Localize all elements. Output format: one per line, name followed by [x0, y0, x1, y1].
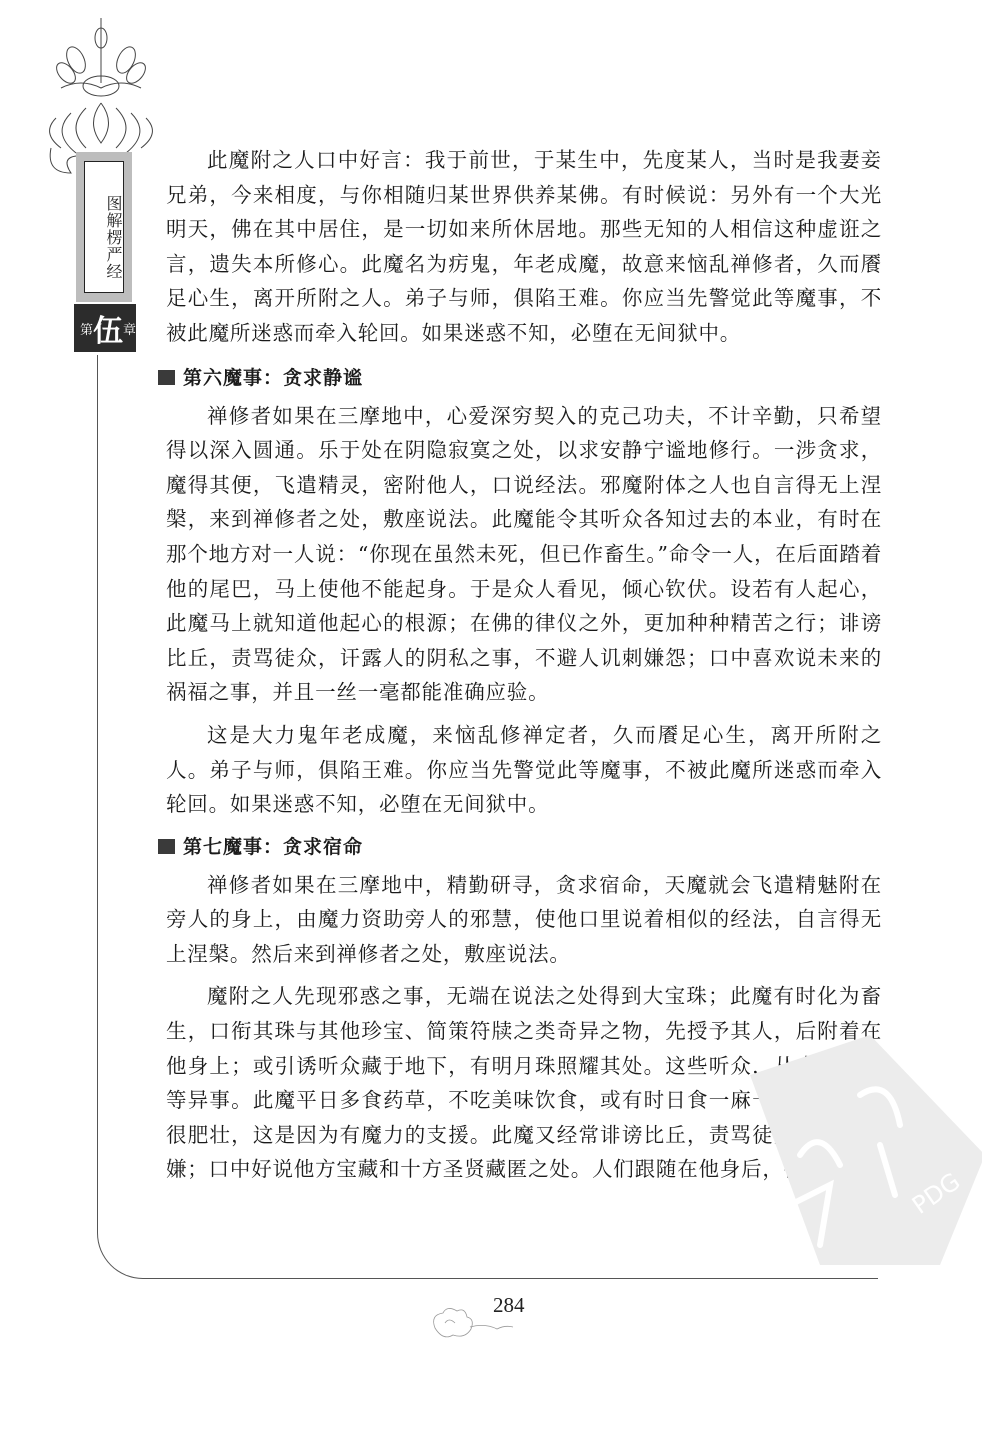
paragraph: 禅修者如果在三摩地中，心爱深穷契入的克己功夫，不计辛勤，只希望得以深入圆通。乐于…	[166, 399, 882, 710]
chapter-suffix: 章	[123, 319, 136, 338]
square-bullet-icon	[158, 839, 175, 854]
book-title: 图解楞严经	[84, 161, 124, 293]
section-heading-6: 第六魔事：贪求静谧	[158, 361, 882, 395]
chapter-number: 伍	[93, 306, 123, 350]
section-heading-text: 第七魔事：贪求宿命	[183, 836, 363, 858]
section-heading-7: 第七魔事：贪求宿命	[158, 830, 882, 864]
page-number: 284	[493, 1293, 525, 1318]
chapter-label: 第 伍 章	[74, 304, 136, 352]
pdg-watermark-icon: PDG	[730, 1035, 982, 1265]
book-title-box: 图解楞严经	[76, 152, 132, 302]
square-bullet-icon	[158, 370, 175, 385]
section-heading-text: 第六魔事：贪求静谧	[183, 367, 363, 389]
paragraph: 此魔附之人口中好言：我于前世，于某生中，先度某人，当时是我妻妾兄弟，今来相度，与…	[166, 143, 882, 351]
paragraph: 这是大力鬼年老成魔，来恼乱修禅定者，久而餍足心生，离开所附之人。弟子与师，俱陷王…	[166, 718, 882, 822]
paragraph: 禅修者如果在三摩地中，精勤研寻，贪求宿命，天魔就会飞遣精魅附在旁人的身上，由魔力…	[166, 868, 882, 972]
chapter-prefix: 第	[80, 319, 93, 338]
